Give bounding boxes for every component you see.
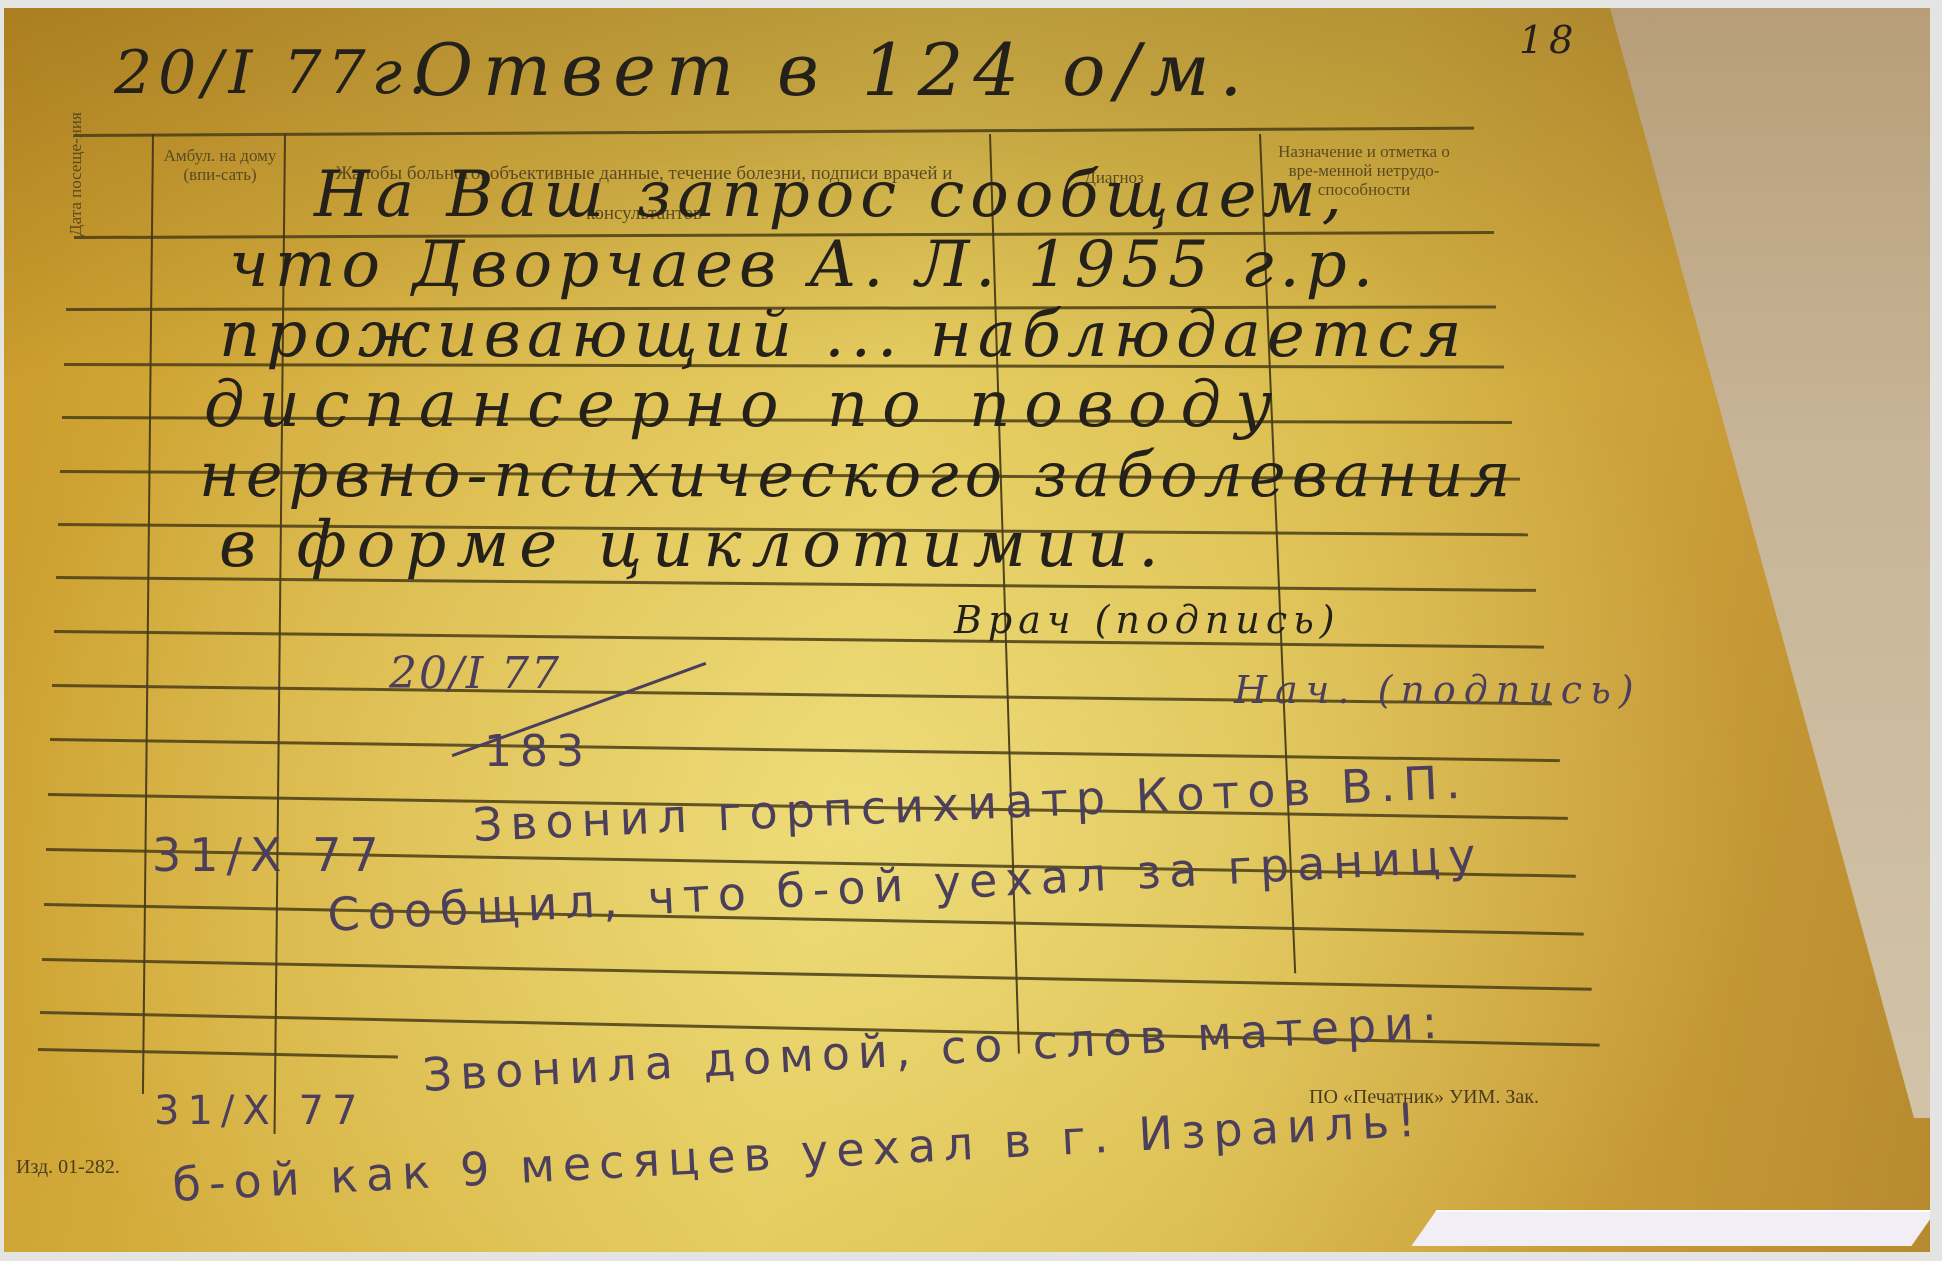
row-rule bbox=[38, 1048, 398, 1059]
header-note-text: Ответ в 124 о/м. bbox=[414, 28, 1252, 112]
edition-mark: Изд. 01-282. bbox=[16, 1156, 120, 1179]
entry1-line: проживающий ... наблюдается bbox=[219, 298, 1468, 372]
printer-imprint: ПО «Печатник» УИМ. Зак. bbox=[1309, 1086, 1539, 1109]
header-date: Дата посеще-ния bbox=[66, 140, 85, 236]
entry1-line: нервно-психического заболевания bbox=[199, 438, 1517, 511]
page-number: 18 bbox=[1519, 18, 1579, 62]
column-divider bbox=[142, 134, 154, 1094]
entry1-line: в форме циклотимии. bbox=[219, 508, 1169, 582]
entry3-date: 31/X 77 bbox=[154, 1088, 365, 1134]
entry2-date: 31/X 77 bbox=[152, 828, 387, 882]
entry1-line: что Дворчаев А. Л. 1955 г.р. bbox=[229, 228, 1379, 302]
entry3-line: Звонила домой, со слов матери: bbox=[421, 994, 1447, 1102]
underlying-sheet bbox=[1610, 8, 1930, 1118]
header-note-date: 20/I 77г. bbox=[114, 38, 433, 108]
entry1-line: На Ваш запрос сообщаем, bbox=[314, 158, 1348, 232]
header-ambul: Амбул. на дому (впи-сать) bbox=[160, 146, 280, 184]
signature-doctor: Врач (подпись) bbox=[954, 598, 1341, 642]
outgoing-number: 183 bbox=[484, 726, 592, 777]
signature-chief: Нач. (подпись) bbox=[1234, 668, 1642, 712]
document-photo: 18 20/I 77г. Ответ в 124 о/м. Дата посещ… bbox=[4, 8, 1930, 1252]
page-edge bbox=[1411, 1210, 1930, 1246]
entry1-line: диспансерно по поводу bbox=[204, 368, 1286, 442]
outgoing-date: 20/I 77 bbox=[389, 648, 561, 699]
